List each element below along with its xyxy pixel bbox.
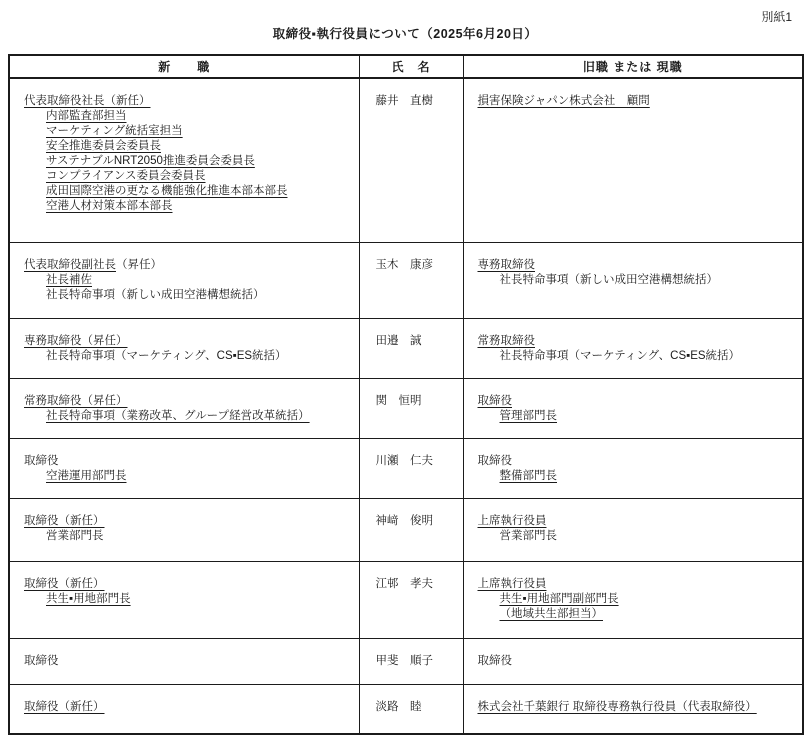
underlined-text: 代表取締役副社長	[24, 259, 116, 271]
table-row: 専務取締役（昇任）社長特命事項（マーケティング、CS▪ES統括）田邉 誠常務取締…	[9, 318, 803, 378]
cell-name: 関 恒明	[359, 378, 463, 438]
underlined-text: 成田国際空港の更なる機能強化推進本部本部長	[46, 185, 288, 197]
cell-old-position: 上席執行役員共生▪用地部門副部門長（地域共生部担当）	[463, 561, 803, 638]
cell-name: 藤井 直樹	[359, 78, 463, 242]
underlined-text: 社長補佐	[46, 274, 92, 286]
plain-text: 社長特命事項（マーケティング、CS▪ES統括）	[500, 350, 741, 362]
position-line: 専務取締役（昇任）	[24, 334, 353, 349]
table-row: 代表取締役社長（新任）内部監査部担当マーケティング統括室担当安全推進委員会委員長…	[9, 78, 803, 242]
cell-new-position: 代表取締役副社長（昇任）社長補佐社長特命事項（新しい成田空港構想統括）	[9, 242, 359, 318]
table-row: 取締役（新任）淡路 睦株式会社千葉銀行 取締役専務執行役員（代表取締役）	[9, 684, 803, 734]
plain-text: （昇任）	[116, 259, 162, 271]
underlined-text: サステナブルNRT2050推進委員会委員長	[46, 155, 255, 167]
position-line: 常務取締役	[478, 334, 797, 349]
officer-name: 甲斐 順子	[376, 654, 457, 669]
cell-old-position: 株式会社千葉銀行 取締役専務執行役員（代表取締役）	[463, 684, 803, 734]
position-line: 取締役（新任）	[24, 700, 353, 715]
underlined-text: 取締役（新任）	[24, 578, 105, 590]
position-line: コンプライアンス委員会委員長	[46, 169, 353, 184]
underlined-text: 常務取締役	[478, 335, 536, 347]
position-line: 取締役（新任）	[24, 514, 353, 529]
position-line: 取締役	[478, 454, 797, 469]
position-line: マーケティング統括室担当	[46, 124, 353, 139]
table-row: 代表取締役副社長（昇任）社長補佐社長特命事項（新しい成田空港構想統括）玉木 康彦…	[9, 242, 803, 318]
underlined-text: （地域共生部担当）	[500, 608, 604, 620]
position-line: 共生▪用地部門副部門長	[500, 592, 797, 607]
underlined-text: 安全推進委員会委員長	[46, 140, 161, 152]
underlined-text: 管理部門長	[500, 410, 558, 422]
page-title: 取締役▪執行役員について（2025年6月20日）	[0, 24, 810, 42]
plain-text: 営業部門長	[46, 530, 104, 542]
table-row: 取締役空港運用部門長川瀬 仁夫取締役整備部門長	[9, 438, 803, 498]
plain-text: 営業部門長	[500, 530, 558, 542]
cell-new-position: 専務取締役（昇任）社長特命事項（マーケティング、CS▪ES統括）	[9, 318, 359, 378]
underlined-text: 共生▪用地部門副部門長	[500, 593, 619, 605]
position-line: 代表取締役社長（新任）	[24, 94, 353, 109]
underlined-text: 共生▪用地部門長	[46, 593, 131, 605]
underlined-text: 空港運用部門長	[46, 470, 127, 482]
position-line: 常務取締役（昇任）	[24, 394, 353, 409]
cell-name: 田邉 誠	[359, 318, 463, 378]
table-header-row: 新 職 氏 名 旧職 または 現職	[9, 55, 803, 78]
position-line: サステナブルNRT2050推進委員会委員長	[46, 154, 353, 169]
underlined-text: 上席執行役員	[478, 515, 547, 527]
underlined-text: マーケティング統括室担当	[46, 125, 183, 137]
position-line: 株式会社千葉銀行 取締役専務執行役員（代表取締役）	[478, 700, 797, 715]
underlined-text: 取締役（新任）	[24, 701, 105, 713]
underlined-text: 取締役	[478, 395, 513, 407]
position-line: 取締役	[478, 654, 797, 669]
position-line: 社長特命事項（マーケティング、CS▪ES統括）	[500, 349, 797, 364]
position-line: 上席執行役員	[478, 514, 797, 529]
position-line: 社長補佐	[46, 273, 353, 288]
position-line: 社長特命事項（マーケティング、CS▪ES統括）	[46, 349, 353, 364]
position-line: 管理部門長	[500, 409, 797, 424]
cell-new-position: 常務取締役（昇任）社長特命事項（業務改革、グループ経営改革統括）	[9, 378, 359, 438]
attachment-label: 別紙1	[761, 8, 792, 25]
cell-name: 川瀬 仁夫	[359, 438, 463, 498]
position-line: 整備部門長	[500, 469, 797, 484]
position-line: 内部監査部担当	[46, 109, 353, 124]
position-line: 取締役	[478, 394, 797, 409]
cell-old-position: 損害保険ジャパン株式会社 顧問	[463, 78, 803, 242]
position-line: 取締役	[24, 454, 353, 469]
plain-text: 取締役	[478, 655, 513, 667]
cell-name: 淡路 睦	[359, 684, 463, 734]
cell-new-position: 代表取締役社長（新任）内部監査部担当マーケティング統括室担当安全推進委員会委員長…	[9, 78, 359, 242]
cell-name: 神﨑 俊明	[359, 498, 463, 561]
underlined-text: コンプライアンス委員会委員長	[46, 170, 206, 182]
officer-name: 玉木 康彦	[376, 258, 457, 273]
plain-text: 社長特命事項（マーケティング、CS▪ES統括）	[46, 350, 287, 362]
cell-new-position: 取締役（新任）共生▪用地部門長	[9, 561, 359, 638]
position-line: 営業部門長	[46, 529, 353, 544]
officer-name: 関 恒明	[376, 394, 457, 409]
cell-name: 甲斐 順子	[359, 638, 463, 684]
cell-name: 玉木 康彦	[359, 242, 463, 318]
underlined-text: 取締役（新任）	[24, 515, 105, 527]
officer-name: 淡路 睦	[376, 700, 457, 715]
position-line: 社長特命事項（業務改革、グループ経営改革統括）	[46, 409, 353, 424]
position-line: 空港人材対策本部本部長	[46, 199, 353, 214]
underlined-text: 空港人材対策本部本部長	[46, 200, 173, 212]
cell-old-position: 取締役管理部門長	[463, 378, 803, 438]
position-line: 営業部門長	[500, 529, 797, 544]
plain-text: 取締役	[24, 655, 59, 667]
position-line: 取締役（新任）	[24, 577, 353, 592]
cell-old-position: 取締役	[463, 638, 803, 684]
underlined-text: 社長特命事項（業務改革、グループ経営改革統括）	[46, 410, 310, 422]
position-line: 共生▪用地部門長	[46, 592, 353, 607]
position-line: 上席執行役員	[478, 577, 797, 592]
position-line: 社長特命事項（新しい成田空港構想統括）	[500, 273, 797, 288]
plain-text: 社長特命事項（新しい成田空港構想統括）	[500, 274, 719, 286]
underlined-text: 損害保険ジャパン株式会社 顧問	[478, 95, 650, 107]
table-row: 常務取締役（昇任）社長特命事項（業務改革、グループ経営改革統括）関 恒明取締役管…	[9, 378, 803, 438]
underlined-text: 専務取締役（昇任）	[24, 335, 128, 347]
underlined-text: 代表取締役社長（新任）	[24, 95, 151, 107]
table-row: 取締役（新任）共生▪用地部門長江邨 孝夫上席執行役員共生▪用地部門副部門長（地域…	[9, 561, 803, 638]
underlined-text: 常務取締役（昇任）	[24, 395, 128, 407]
officers-table: 新 職 氏 名 旧職 または 現職 代表取締役社長（新任）内部監査部担当マーケテ…	[8, 54, 804, 735]
position-line: 安全推進委員会委員長	[46, 139, 353, 154]
cell-new-position: 取締役（新任）	[9, 684, 359, 734]
table-row: 取締役（新任）営業部門長神﨑 俊明上席執行役員営業部門長	[9, 498, 803, 561]
cell-old-position: 専務取締役社長特命事項（新しい成田空港構想統括）	[463, 242, 803, 318]
header-new-position: 新 職	[9, 55, 359, 78]
officer-name: 藤井 直樹	[376, 94, 457, 109]
underlined-text: 専務取締役	[478, 259, 536, 271]
plain-text: 取締役	[24, 455, 59, 467]
position-line: 代表取締役副社長（昇任）	[24, 258, 353, 273]
cell-new-position: 取締役（新任）営業部門長	[9, 498, 359, 561]
position-line: 空港運用部門長	[46, 469, 353, 484]
officer-name: 田邉 誠	[376, 334, 457, 349]
officer-name: 川瀬 仁夫	[376, 454, 457, 469]
header-name: 氏 名	[359, 55, 463, 78]
officer-name: 神﨑 俊明	[376, 514, 457, 529]
underlined-text: 株式会社千葉銀行 取締役専務執行役員（代表取締役）	[478, 701, 757, 713]
cell-old-position: 上席執行役員営業部門長	[463, 498, 803, 561]
position-line: 社長特命事項（新しい成田空港構想統括）	[46, 288, 353, 303]
cell-old-position: 取締役整備部門長	[463, 438, 803, 498]
plain-text: 取締役	[478, 455, 513, 467]
position-line: 取締役	[24, 654, 353, 669]
cell-name: 江邨 孝夫	[359, 561, 463, 638]
underlined-text: 上席執行役員	[478, 578, 547, 590]
cell-old-position: 常務取締役社長特命事項（マーケティング、CS▪ES統括）	[463, 318, 803, 378]
cell-new-position: 取締役	[9, 638, 359, 684]
underlined-text: 整備部門長	[500, 470, 558, 482]
header-old-or-current-position: 旧職 または 現職	[463, 55, 803, 78]
plain-text: 社長特命事項（新しい成田空港構想統括）	[46, 289, 265, 301]
officer-name: 江邨 孝夫	[376, 577, 457, 592]
table-row: 取締役甲斐 順子取締役	[9, 638, 803, 684]
position-line: 損害保険ジャパン株式会社 顧問	[478, 94, 797, 109]
cell-new-position: 取締役空港運用部門長	[9, 438, 359, 498]
position-line: 成田国際空港の更なる機能強化推進本部本部長	[46, 184, 353, 199]
position-line: 専務取締役	[478, 258, 797, 273]
underlined-text: 内部監査部担当	[46, 110, 127, 122]
position-line: （地域共生部担当）	[500, 607, 797, 622]
